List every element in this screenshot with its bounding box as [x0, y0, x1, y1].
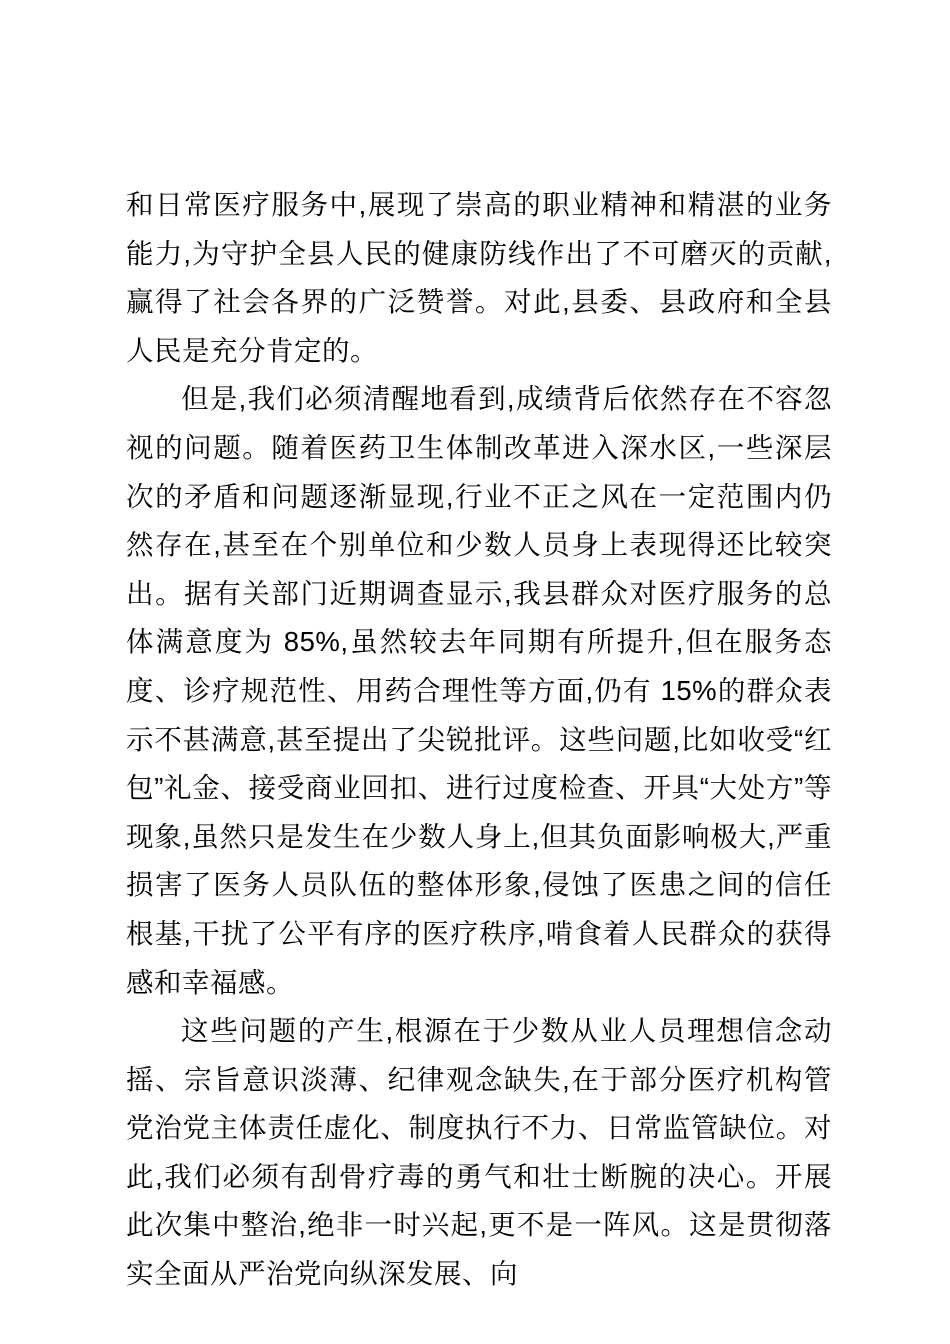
document-page: 和日常医疗服务中,展现了崇高的职业精神和精湛的业务能力,为守护全县人民的健康防线…	[0, 0, 950, 1344]
paragraph-continuation: 和日常医疗服务中,展现了崇高的职业精神和精湛的业务能力,为守护全县人民的健康防线…	[126, 181, 832, 375]
paragraph-problems: 但是,我们必须清醒地看到,成绩背后依然存在不容忽视的问题。随着医药卫生体制改革进…	[126, 375, 832, 1007]
paragraph-root-causes: 这些问题的产生,根源在于少数从业人员理想信念动摇、宗旨意识淡薄、纪律观念缺失,在…	[126, 1007, 832, 1299]
